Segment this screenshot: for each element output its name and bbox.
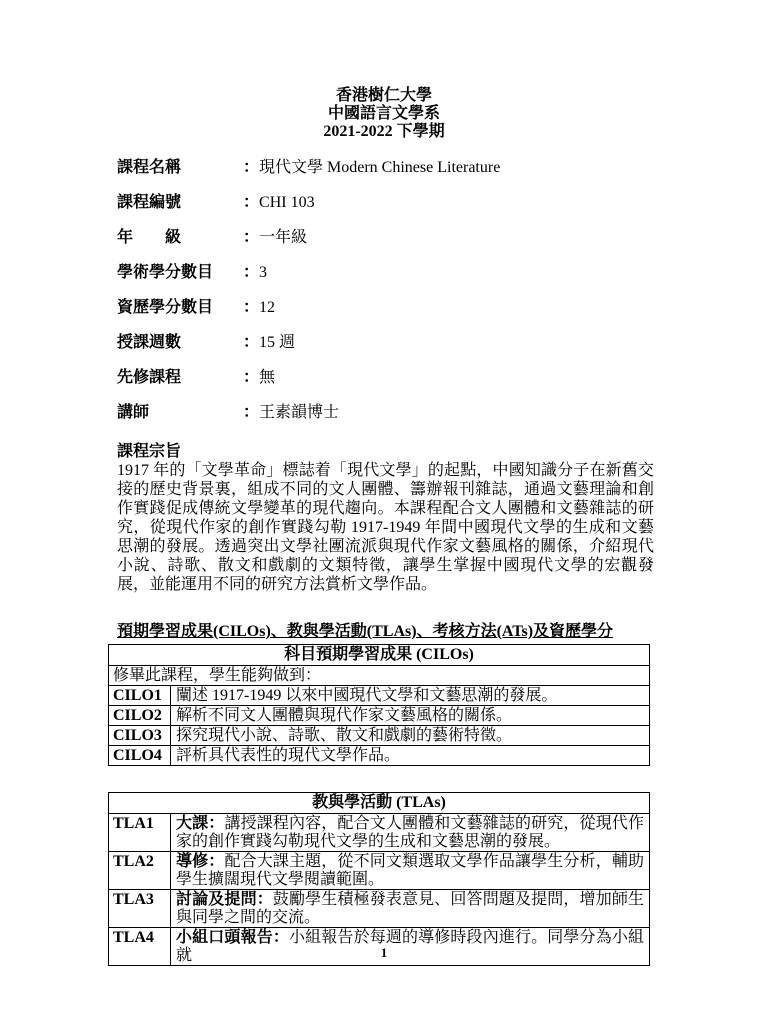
tla-description: 大課：講授課程內容，配合文人團體和文藝雜誌的研究，從現代作家的創作實踐勾勒現代文… bbox=[171, 814, 650, 852]
colon: ： bbox=[243, 334, 259, 351]
field-row-course-title: 課程名稱 ：現代文學 Modern Chinese Literature bbox=[117, 158, 181, 178]
field-row-course-code: 課程編號 ：CHI 103 bbox=[117, 193, 181, 213]
course-aims-heading: 課程宗旨 bbox=[117, 442, 181, 461]
cilo-description: 探究現代小說、詩歌、散文和戲劇的藝術特徵。 bbox=[171, 726, 650, 746]
field-label: 年 級 bbox=[117, 229, 181, 246]
cilo-table-intro-row: 修畢此課程，學生能夠做到： bbox=[109, 666, 650, 686]
document-header: 香港樹仁大學 中國語言文學系 2021-2022 下學期 bbox=[0, 87, 768, 141]
cilo-code: CILO1 bbox=[109, 686, 171, 706]
cilo-code: CILO2 bbox=[109, 706, 171, 726]
tla-text: 講授課程內容，配合文人團體和文藝雜誌的研究，從現代作家的創作實踐勾勒現代文學的生… bbox=[176, 815, 644, 850]
cilo-code: CILO4 bbox=[109, 746, 171, 766]
tla-table-title-row: 教與學活動 (TLAs) bbox=[109, 793, 650, 814]
table-row: CILO3 探究現代小說、詩歌、散文和戲劇的藝術特徵。 bbox=[109, 726, 650, 746]
field-value: ：一年級 bbox=[243, 228, 307, 248]
field-label: 課程編號 bbox=[117, 194, 181, 211]
tla-table-title: 教與學活動 (TLAs) bbox=[109, 793, 650, 814]
cilo-description: 解析不同文人團體與現代作家文藝風格的關係。 bbox=[171, 706, 650, 726]
field-value-text: 無 bbox=[259, 369, 275, 386]
cilo-table-intro: 修畢此課程，學生能夠做到： bbox=[109, 666, 650, 686]
page-number: 1 bbox=[0, 945, 768, 961]
field-value-text: 3 bbox=[259, 264, 267, 281]
tla-lead: 討論及提問： bbox=[176, 891, 273, 908]
field-label: 學術學分數目 bbox=[117, 264, 213, 281]
table-row: TLA2 導修：配合大課主題，從不同文類選取文學作品讓學生分析，輔助學生擴闊現代… bbox=[109, 852, 650, 890]
field-row-teaching-weeks: 授課週數 ：15 週 bbox=[117, 333, 181, 353]
field-value: ：CHI 103 bbox=[243, 193, 315, 213]
field-value-text: CHI 103 bbox=[259, 194, 315, 211]
field-row-prerequisite: 先修課程 ：無 bbox=[117, 368, 181, 388]
tla-description: 討論及提問：鼓勵學生積極發表意見、回答問題及提問，增加師生與同學之間的交流。 bbox=[171, 890, 650, 928]
field-row-qf-credits: 資歷學分數目 ：12 bbox=[117, 298, 213, 318]
table-row: CILO4 評析具代表性的現代文學作品。 bbox=[109, 746, 650, 766]
colon: ： bbox=[243, 299, 259, 316]
field-row-academic-credits: 學術學分數目 ：3 bbox=[117, 263, 213, 283]
tla-table: 教與學活動 (TLAs) TLA1 大課：講授課程內容，配合文人團體和文藝雜誌的… bbox=[108, 792, 650, 966]
tla-lead: 導修： bbox=[176, 853, 224, 870]
table-row: TLA3 討論及提問：鼓勵學生積極發表意見、回答問題及提問，增加師生與同學之間的… bbox=[109, 890, 650, 928]
field-label: 先修課程 bbox=[117, 369, 181, 386]
cilo-code: CILO3 bbox=[109, 726, 171, 746]
field-label: 講師 bbox=[117, 404, 149, 421]
tla-code: TLA3 bbox=[109, 890, 171, 928]
field-label: 資歷學分數目 bbox=[117, 299, 213, 316]
colon: ： bbox=[243, 194, 259, 211]
field-value: ：12 bbox=[243, 298, 275, 318]
field-value: ：現代文學 Modern Chinese Literature bbox=[243, 158, 500, 178]
university-name: 香港樹仁大學 bbox=[0, 87, 768, 105]
cilo-description: 闡述 1917-1949 以來中國現代文學和文藝思潮的發展。 bbox=[171, 686, 650, 706]
field-row-lecturer: 講師 ：王素韻博士 bbox=[117, 403, 149, 423]
semester-line: 2021-2022 下學期 bbox=[0, 123, 768, 141]
colon: ： bbox=[243, 369, 259, 386]
document-page: 香港樹仁大學 中國語言文學系 2021-2022 下學期 課程名稱 ：現代文學 … bbox=[0, 0, 768, 1024]
tla-code: TLA2 bbox=[109, 852, 171, 890]
field-value-text: 15 週 bbox=[259, 334, 295, 351]
field-value-text: 12 bbox=[259, 299, 275, 316]
cilo-table-title-row: 科目預期學習成果 (CILOs) bbox=[109, 645, 650, 666]
tla-text: 配合大課主題，從不同文類選取文學作品讓學生分析，輔助學生擴闊現代文學閱讀範圍。 bbox=[176, 853, 644, 888]
tla-lead: 大課： bbox=[176, 815, 224, 832]
cilo-table: 科目預期學習成果 (CILOs) 修畢此課程，學生能夠做到： CILO1 闡述 … bbox=[108, 644, 650, 766]
colon: ： bbox=[243, 264, 259, 281]
course-aims-paragraph: 1917 年的「文學革命」標誌着「現代文學」的起點，中國知識分子在新舊交接的歷史… bbox=[117, 461, 654, 594]
field-value: ：15 週 bbox=[243, 333, 295, 353]
field-value-text: 現代文學 Modern Chinese Literature bbox=[259, 159, 500, 176]
field-value-text: 王素韻博士 bbox=[259, 404, 339, 421]
cilo-description: 評析具代表性的現代文學作品。 bbox=[171, 746, 650, 766]
table-row: CILO2 解析不同文人團體與現代作家文藝風格的關係。 bbox=[109, 706, 650, 726]
outcomes-section-heading: 預期學習成果(CILOs)、教與學活動(TLAs)、考核方法(ATs)及資歷學分 bbox=[117, 622, 613, 641]
field-row-year: 年 級 ：一年級 bbox=[117, 228, 181, 248]
tla-lead: 小組口頭報告： bbox=[176, 929, 289, 946]
colon: ： bbox=[243, 229, 259, 246]
colon: ： bbox=[243, 159, 259, 176]
department-name: 中國語言文學系 bbox=[0, 105, 768, 123]
table-row: TLA1 大課：講授課程內容，配合文人團體和文藝雜誌的研究，從現代作家的創作實踐… bbox=[109, 814, 650, 852]
colon: ： bbox=[243, 404, 259, 421]
field-label: 課程名稱 bbox=[117, 159, 181, 176]
field-value: ：王素韻博士 bbox=[243, 403, 339, 423]
cilo-table-title: 科目預期學習成果 (CILOs) bbox=[109, 645, 650, 666]
tla-code: TLA1 bbox=[109, 814, 171, 852]
field-value: ：無 bbox=[243, 368, 275, 388]
table-row: CILO1 闡述 1917-1949 以來中國現代文學和文藝思潮的發展。 bbox=[109, 686, 650, 706]
field-label: 授課週數 bbox=[117, 334, 181, 351]
tla-description: 導修：配合大課主題，從不同文類選取文學作品讓學生分析，輔助學生擴闊現代文學閱讀範… bbox=[171, 852, 650, 890]
field-value: ：3 bbox=[243, 263, 267, 283]
field-value-text: 一年級 bbox=[259, 229, 307, 246]
